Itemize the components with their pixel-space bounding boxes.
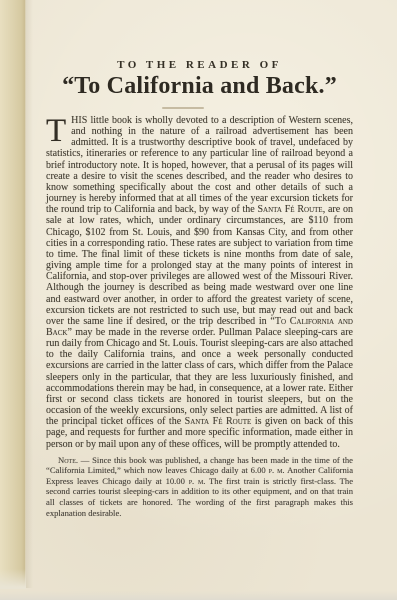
title-divider [162, 107, 204, 109]
body-text: HIS little book is wholly devoted to a d… [46, 115, 353, 450]
page-title: “To California and Back.” [46, 73, 353, 100]
book-edge-strip [0, 0, 26, 588]
page-header: TO THE READER OF [46, 59, 353, 71]
page-content: TO THE READER OF “To California and Back… [46, 0, 353, 518]
drop-cap: T [46, 115, 71, 144]
note-paragraph: Note. — Since this book was published, a… [46, 455, 353, 519]
page-bottom-shadow [0, 591, 397, 600]
scanned-book-page: TO THE READER OF “To California and Back… [0, 0, 397, 600]
body-paragraph: THIS little book is wholly devoted to a … [46, 115, 353, 450]
